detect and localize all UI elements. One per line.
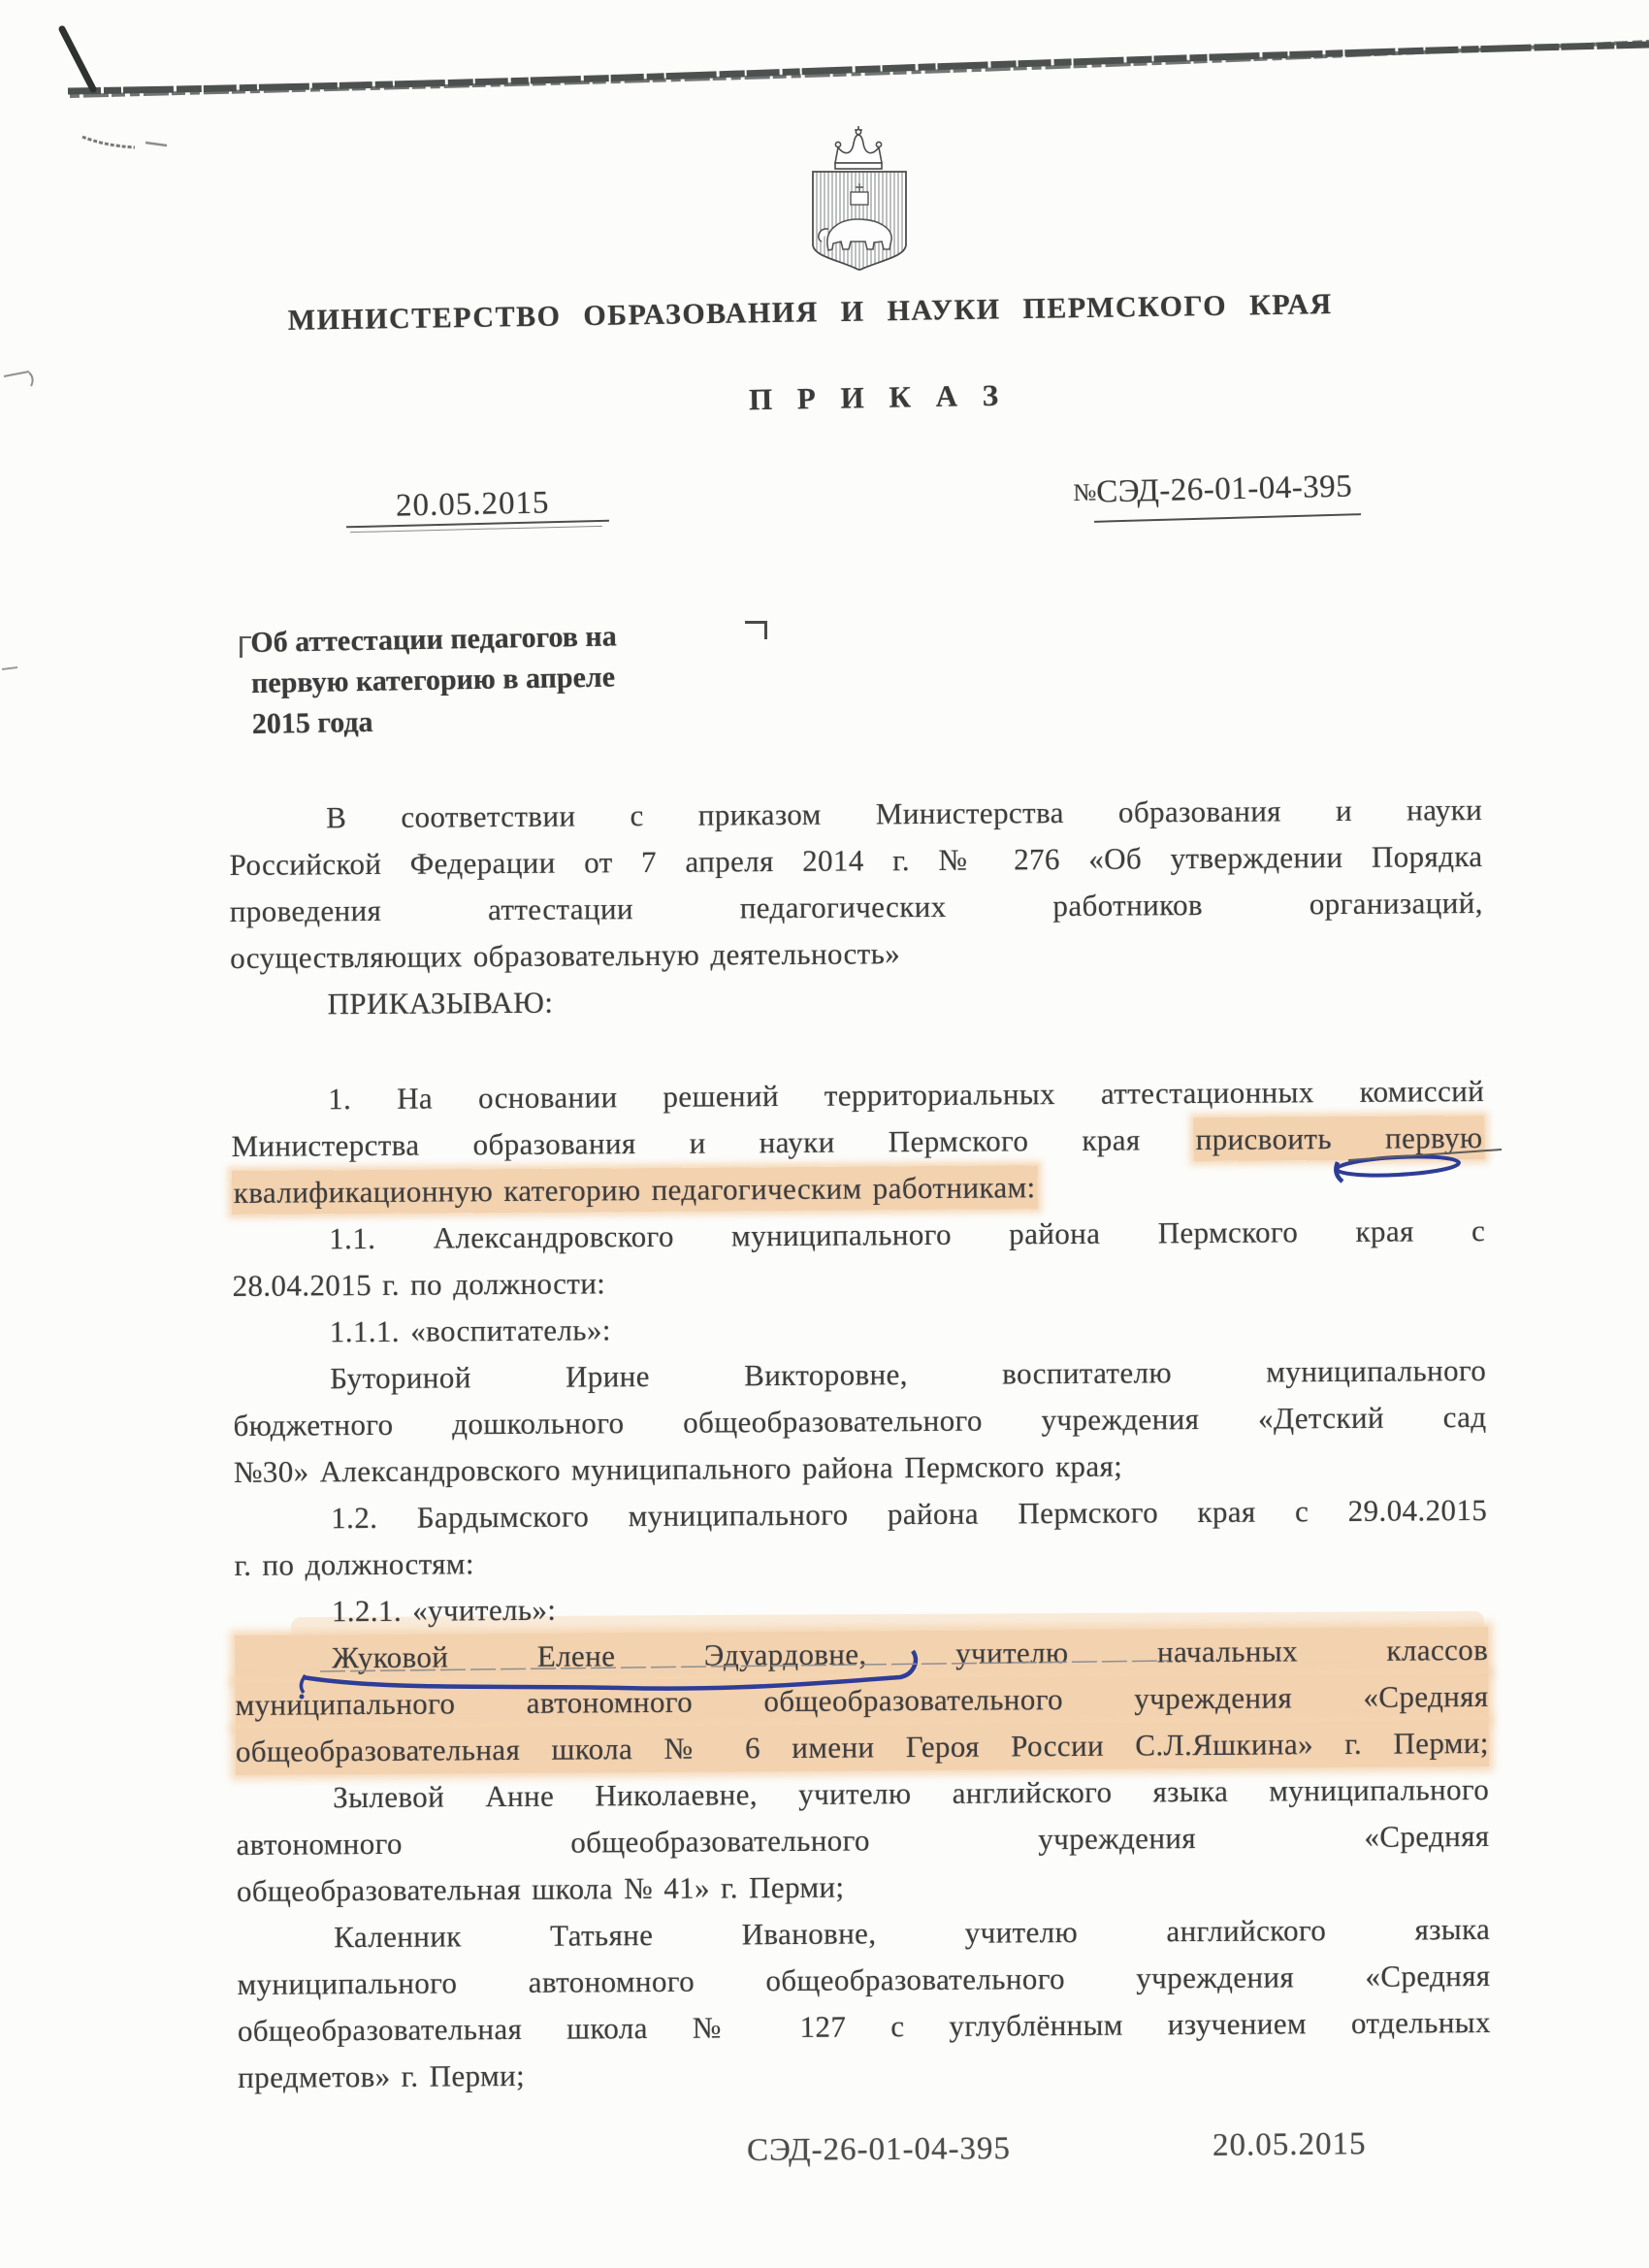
footer-date: 20.05.2015 <box>1212 2126 1367 2164</box>
body-text: муниципального автономного общеобразоват… <box>237 1959 1490 2001</box>
perm-krai-emblem-icon <box>803 120 920 274</box>
crown-icon <box>835 126 882 169</box>
body-text: 1. На основании решений территориальных … <box>328 1074 1484 1116</box>
highlighted-text: общеобразовательная школа № 6 имени Геро… <box>236 1726 1489 1768</box>
highlighted-text: присвоить первую <box>1194 1116 1485 1161</box>
subject-corner-mark-left <box>240 636 251 658</box>
subject-line: 2015 года <box>251 697 718 745</box>
number-sign: № <box>1073 479 1096 506</box>
body-text: осуществляющих образовательную деятельно… <box>230 936 900 975</box>
left-margin-dash <box>2 667 17 669</box>
body-text: Российской Федерации от 7 апреля 2014 г.… <box>229 839 1482 882</box>
p5-line2: бюджетного дошкольного общеобразовательн… <box>233 1394 1486 1449</box>
subject-corner-mark-right <box>745 621 767 639</box>
body-text: 1.1.1. «воспитатель»: <box>330 1312 611 1348</box>
p6-line1: 1.2. Бардымского муниципального района П… <box>234 1487 1487 1542</box>
body-text: В соответствии с приказом Министерства о… <box>326 793 1482 834</box>
body-text: 1.2. Бардымского муниципального района П… <box>331 1493 1487 1535</box>
top-scan-streak-2 <box>70 42 1649 96</box>
document-type-title: П Р И К А З <box>749 378 1002 418</box>
diagonal-stroke-icon <box>62 29 93 89</box>
p9-line2: автономного общеобразовательного учрежде… <box>236 1813 1489 1868</box>
body-text: бюджетного дошкольного общеобразовательн… <box>233 1400 1486 1442</box>
body-text: 28.04.2015 г. по должности: <box>232 1266 605 1303</box>
ministry-title: МИНИСТЕРСТВО ОБРАЗОВАНИЯ И НАУКИ ПЕРМСКО… <box>281 288 1339 338</box>
small-squiggle-mark <box>82 137 135 147</box>
document-number: №СЭД-26-01-04-395 <box>1073 469 1353 511</box>
left-margin-dash <box>145 143 167 146</box>
body-text: 1.2.1. «учитель»: <box>332 1593 557 1629</box>
top-scan-streak <box>68 45 1649 91</box>
scanned-order-document: МИНИСТЕРСТВО ОБРАЗОВАНИЯ И НАУКИ ПЕРМСКО… <box>0 0 1649 2268</box>
body-text: 1.1. Александровского муниципального рай… <box>329 1214 1485 1255</box>
highlighted-text: Жуковой Елене Эдуардовне, учителю началь… <box>332 1633 1488 1674</box>
body-text: автономного общеобразовательного учрежде… <box>236 1819 1489 1862</box>
p3-line1: 1.1. Александровского муниципального рай… <box>232 1208 1485 1263</box>
p2-line2: Министерства образования и науки Пермско… <box>231 1115 1484 1170</box>
footer-document-number: СЭД-26-01-04-395 <box>747 2131 1011 2169</box>
body-text: Буториной Ирине Викторовне, воспитателю … <box>330 1353 1486 1395</box>
body-text: общеобразовательная школа № 41» г. Перми… <box>237 1870 845 1908</box>
body-text: №30» Александровского муниципального рай… <box>234 1449 1123 1489</box>
blank-line <box>231 1020 1484 1077</box>
p10-line4: предметов» г. Перми; <box>238 2046 1491 2101</box>
body-text: общеобразовательная школа № 127 с углубл… <box>238 2005 1491 2048</box>
body-text: Министерства образования и науки Пермско… <box>231 1122 1193 1163</box>
body-text: предметов» г. Перми; <box>238 2058 525 2094</box>
shield-icon <box>813 172 906 270</box>
left-margin-dash <box>4 372 33 386</box>
highlighted-text: квалификационную категорию педагогически… <box>232 1165 1038 1215</box>
body-text: ПРИКАЗЫВАЮ: <box>327 986 553 1021</box>
highlighted-text: муниципального автономного общеобразоват… <box>235 1679 1488 1722</box>
p10-line3: общеобразовательная школа № 127 с углубл… <box>238 1999 1491 2055</box>
body-lines: В соответствии с приказом Министерства о… <box>229 787 1491 2101</box>
document-date: 20.05.2015 <box>396 485 550 524</box>
body-text: проведения аттестации педагогических раб… <box>230 886 1483 928</box>
p1-line3: проведения аттестации педагогических раб… <box>230 880 1483 935</box>
body-text: г. по должностям: <box>234 1546 474 1582</box>
body-text: Каленник Татьяне Ивановне, учителю англи… <box>334 1912 1490 1954</box>
subject-block: Об аттестации педагогов на первую катего… <box>250 615 718 745</box>
body-text: Зылевой Анне Николаевне, учителю английс… <box>333 1772 1489 1814</box>
number-underline <box>1094 513 1361 523</box>
